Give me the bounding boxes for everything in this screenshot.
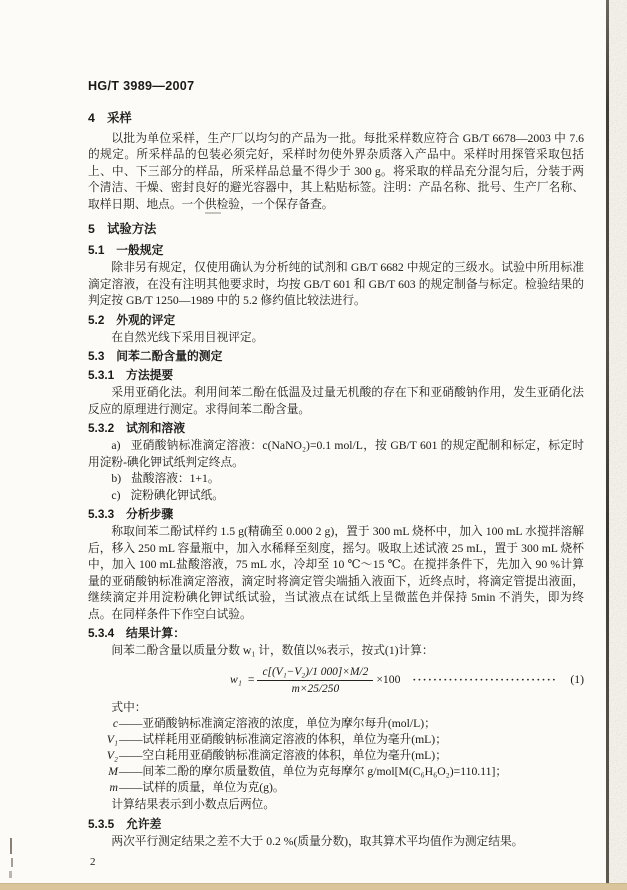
reagent-item-label: a)	[111, 439, 120, 452]
section-5-3-heading: 5.3 间苯二酚含量的测定	[88, 348, 584, 365]
section-5-3-3-heading: 5.3.3 分析步骤	[88, 506, 584, 523]
reagent-item-text: 盐酸溶液：1+1。	[131, 472, 219, 485]
section-5-3-5-heading: 5.3.5 允许差	[88, 816, 584, 833]
bottom-scan-edge	[0, 883, 627, 890]
page-number: 2	[88, 854, 584, 871]
definition-term: c	[88, 716, 119, 732]
formula-intro: 间苯二酚含量以质量分数 w₁ 计，数值以%表示，按式(1)计算：	[88, 643, 584, 660]
definition-row-v2: V₂ ——空白耗用亚硝酸钠标准滴定溶液的体积，单位为毫升(mL)；	[88, 748, 584, 764]
formula-multiplier: ×100	[376, 673, 400, 687]
document-page: HG/T 3989—2007 4 采样 以批为单位采样，生产厂以均匀的产品为一批…	[0, 0, 627, 890]
reagent-item-label: c)	[111, 489, 120, 502]
reagent-item-b: b)盐酸溶液：1+1。	[88, 471, 584, 488]
definition-desc: ——间苯二酚的摩尔质量数值，单位为克每摩尔 g/mol[M(C₆H₆O₂)=11…	[119, 764, 584, 780]
reagent-item-a: a)亚硝酸钠标准滴定溶液：c(NaNO₂)=0.1 mol/L，按 GB/T 6…	[88, 438, 584, 471]
calculation-note: 计算结果表示到小数点后两位。	[88, 797, 584, 814]
definition-desc: ——试样的质量，单位为克(g)。	[119, 780, 584, 796]
standard-number: HG/T 3989—2007	[88, 78, 584, 95]
definition-row-c: c ——亚硝酸钠标准滴定溶液的浓度，单位为摩尔每升(mol/L)；	[88, 716, 584, 732]
where-label: 式中：	[88, 700, 584, 717]
formula-fraction: c[(V₁−V₂)/1 000]×M/2 m×25/250	[257, 665, 373, 696]
formula-denominator: m×25/250	[292, 681, 340, 696]
formula-numerator: c[(V₁−V₂)/1 000]×M/2	[257, 665, 373, 681]
document-content: HG/T 3989—2007 4 采样 以批为单位采样，生产厂以均匀的产品为一批…	[88, 78, 584, 871]
definition-row-m-lower: m ——试样的质量，单位为克(g)。	[88, 780, 584, 796]
section-5-2-heading: 5.2 外观的评定	[88, 312, 584, 329]
definition-term: V₂	[88, 748, 119, 764]
binding-line	[606, 0, 609, 890]
formula-dot-leader: ····························	[412, 673, 565, 687]
formula-lhs: w₁	[230, 673, 242, 687]
scan-mark-3	[9, 871, 12, 878]
section-5-3-1-body: 采用亚硝化法。利用间苯二酚在低温及过量无机酸的存在下和亚硝酸钠作用，发生亚硝化法…	[88, 385, 584, 418]
section-5-3-1-heading: 5.3.1 方法提要	[88, 367, 584, 384]
section-5-3-4-heading: 5.3.4 结果计算：	[88, 625, 584, 642]
definition-term: V₁	[88, 732, 119, 748]
reagent-item-label: b)	[111, 472, 121, 485]
section-5-3-5-body: 两次平行测定结果之差不大于 0.2 %(质量分数)，取其算术平均值作为测定结果。	[88, 834, 584, 851]
reagent-item-text: 亚硝酸钠标准滴定溶液：c(NaNO₂)=0.1 mol/L，按 GB/T 601…	[88, 439, 584, 469]
equation-number: (1)	[570, 673, 584, 687]
reagent-item-c: c)淀粉碘化钾试纸。	[88, 488, 584, 505]
equation-1: w₁ = c[(V₁−V₂)/1 000]×M/2 m×25/250 ×100 …	[88, 665, 584, 696]
section-5-1-heading: 5.1 一般规定	[88, 242, 584, 259]
section-5-heading: 5 试验方法	[88, 221, 584, 238]
definition-term: m	[88, 780, 119, 796]
section-4-heading: 4 采样	[88, 110, 584, 127]
section-5-1-body: 除非另有规定，仅使用确认为分析纯的试剂和 GB/T 6682 中规定的三级水。试…	[88, 260, 584, 310]
section-4-body: 以批为单位采样，生产厂以均匀的产品为一批。每批采样数应符合 GB/T 6678—…	[88, 131, 584, 214]
scan-mark-2	[11, 858, 13, 867]
right-scan-noise	[609, 0, 627, 890]
definition-row-m-upper: M ——间苯二酚的摩尔质量数值，单位为克每摩尔 g/mol[M(C₆H₆O₂)=…	[88, 764, 584, 780]
definition-desc: ——试样耗用亚硝酸钠标准滴定溶液的体积，单位为毫升(mL)；	[119, 732, 584, 748]
scan-mark-1	[10, 838, 12, 854]
formula-equals: =	[248, 673, 255, 687]
section-5-3-2-heading: 5.3.2 试剂和溶液	[88, 420, 584, 437]
section-5-2-body: 在自然光线下采用目视评定。	[88, 330, 584, 347]
section-5-3-3-body: 称取间苯二酚试样约 1.5 g(精确至 0.000 2 g)，置于 300 mL…	[88, 524, 584, 623]
reagent-item-text: 淀粉碘化钾试纸。	[130, 489, 224, 502]
definition-term: M	[88, 764, 119, 780]
definition-desc: ——空白耗用亚硝酸钠标准滴定溶液的体积，单位为毫升(mL)；	[119, 748, 584, 764]
left-scan-noise	[0, 0, 13, 890]
definition-desc: ——亚硝酸钠标准滴定溶液的浓度，单位为摩尔每升(mol/L)；	[119, 716, 584, 732]
definition-row-v1: V₁ ——试样耗用亚硝酸钠标准滴定溶液的体积，单位为毫升(mL)；	[88, 732, 584, 748]
